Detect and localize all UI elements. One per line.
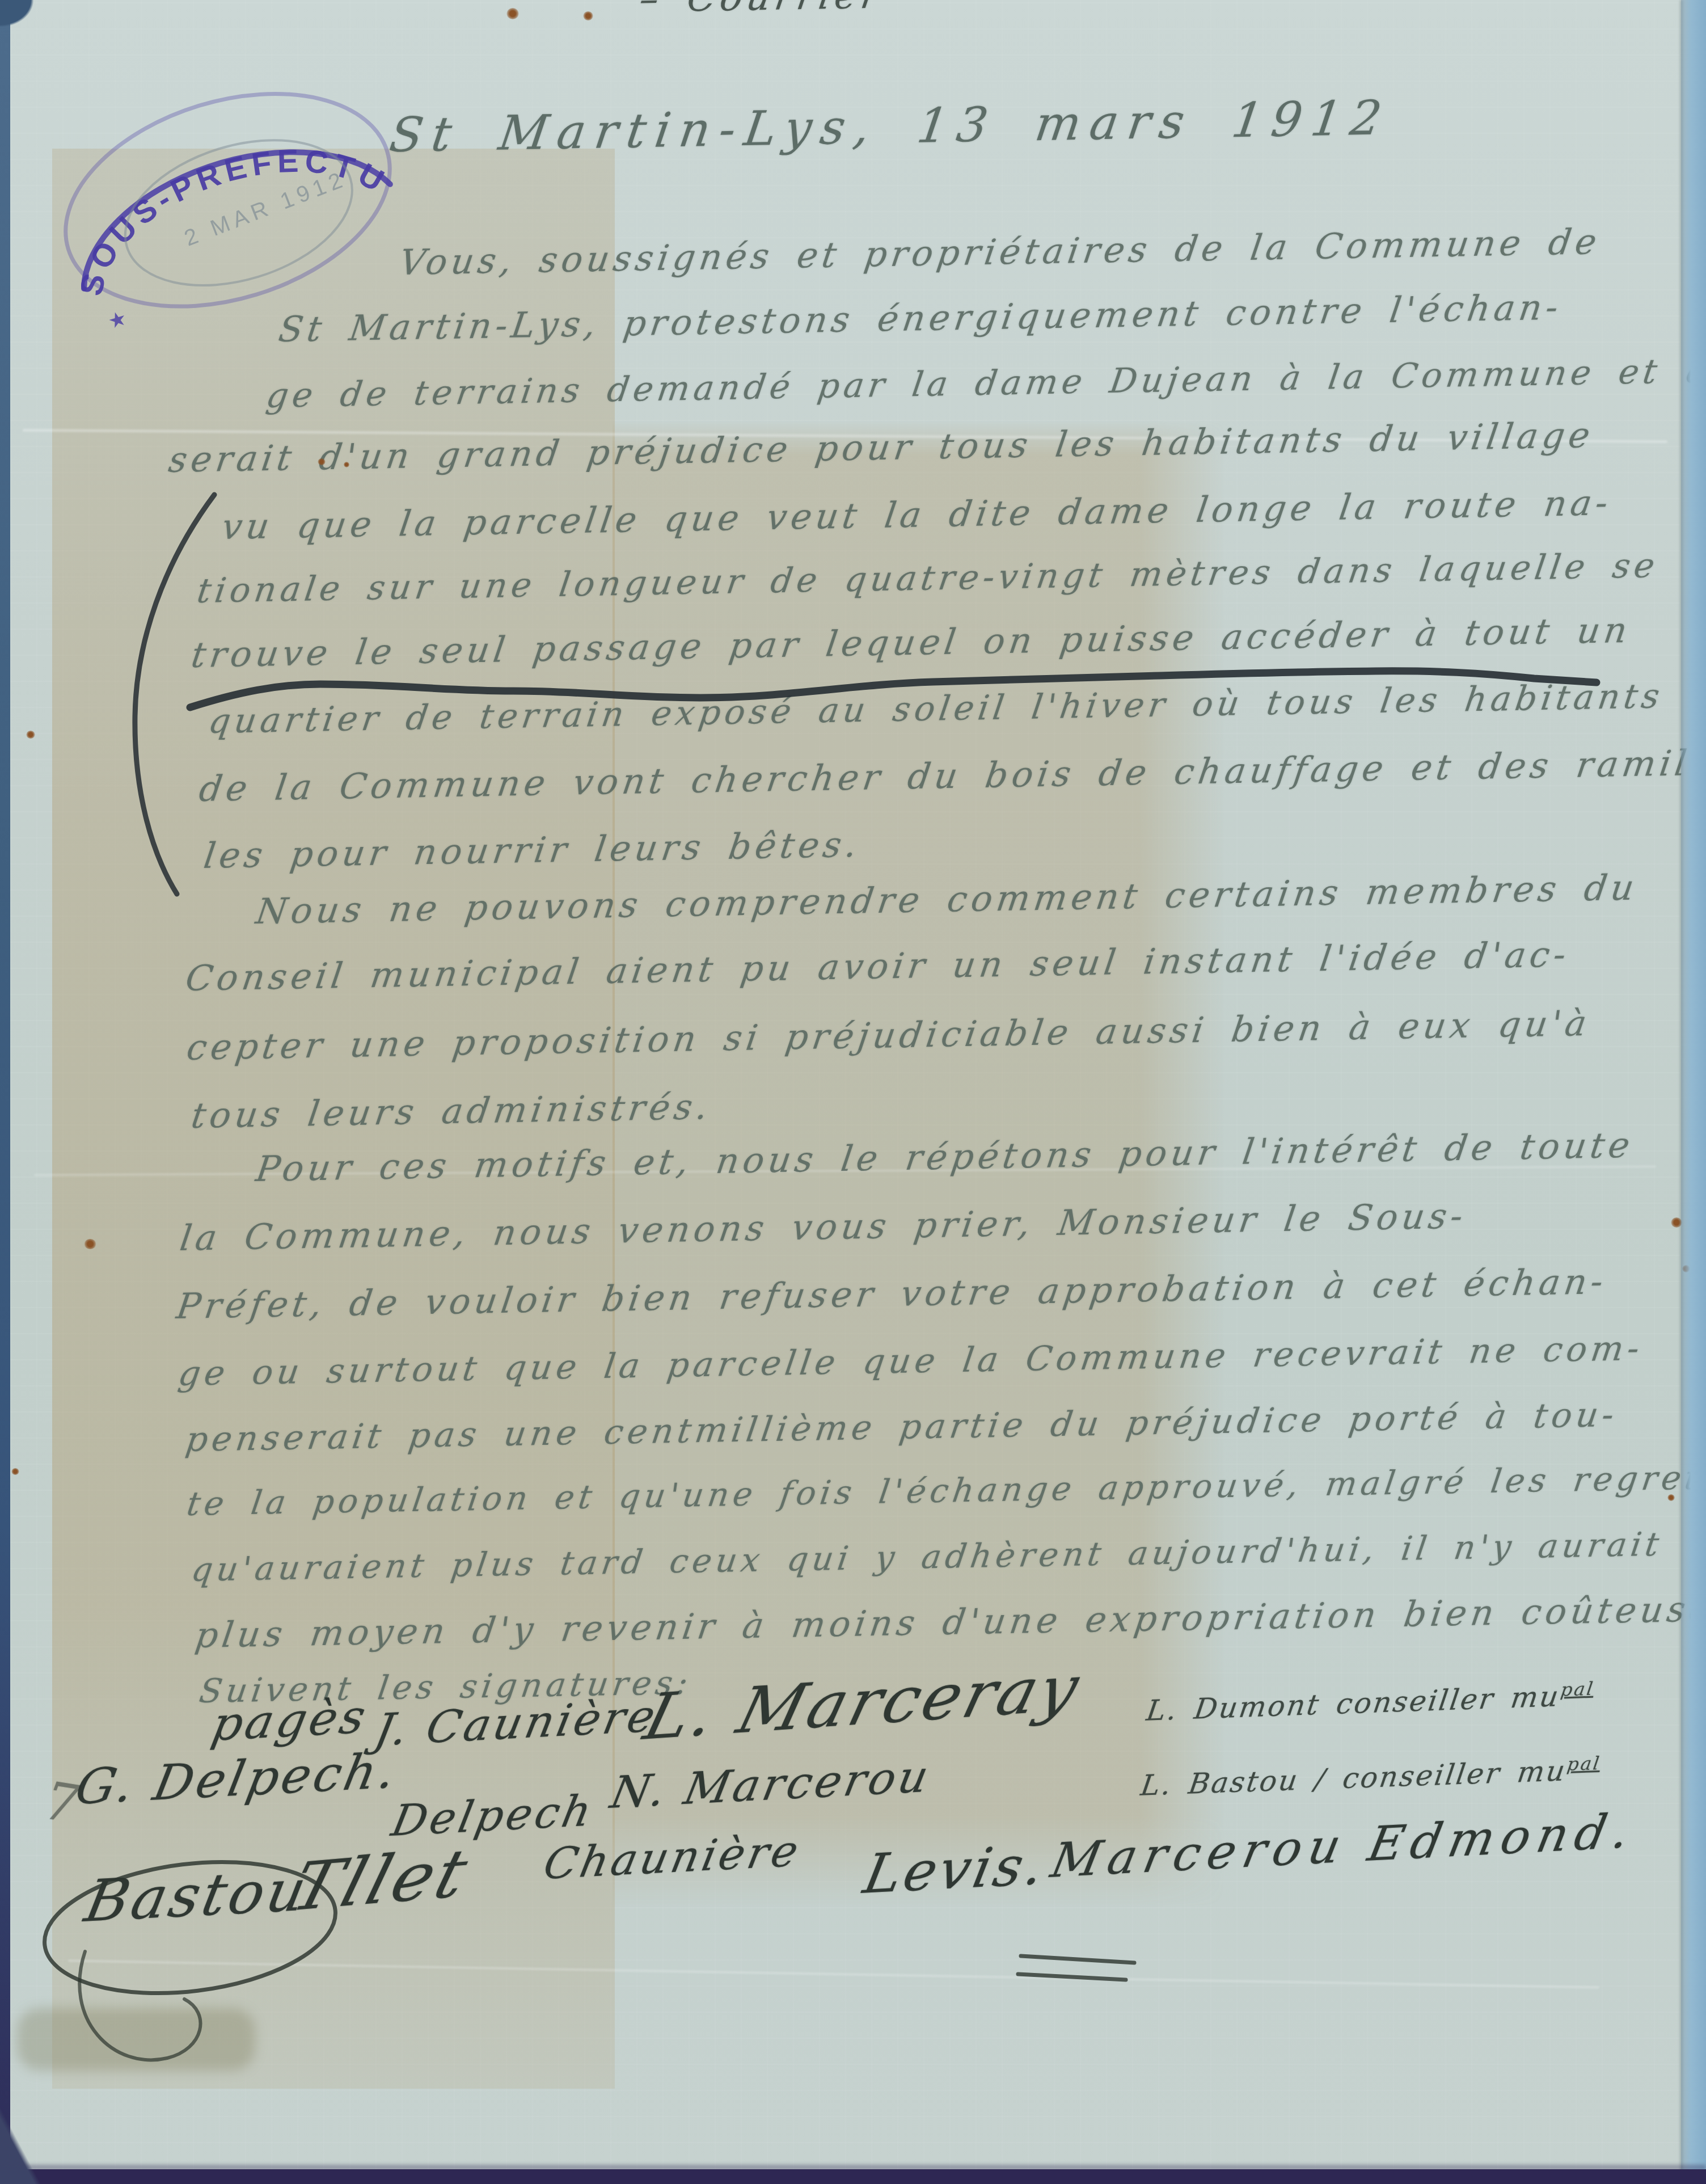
signature: Delpech [389, 1789, 598, 1843]
rust-spot [583, 11, 593, 20]
rust-spot [318, 458, 326, 465]
rust-spot [26, 731, 35, 739]
signature: Levis. [860, 1838, 1052, 1901]
rust-spot [84, 1239, 96, 1249]
letter-line: les pour nourrir leurs bêtes. [202, 827, 863, 874]
councillor-note-sup: pal [1566, 1752, 1602, 1775]
top-edge-fragment: – Courrier [637, 0, 885, 18]
rust-spot [506, 8, 519, 19]
signature: Bastou [81, 1862, 314, 1931]
signature: Chaunière [540, 1829, 805, 1886]
signature: Tllet [286, 1839, 477, 1920]
rust-spot [1667, 1494, 1675, 1501]
letter-line: tous leurs administrés. [189, 1089, 714, 1133]
councillor-note-sup: pal [1559, 1678, 1595, 1701]
rust-spot [1671, 1217, 1682, 1228]
rust-spot [11, 1468, 19, 1475]
signature: pagès [208, 1694, 372, 1748]
rust-spot [344, 462, 349, 467]
rust-spot [1682, 1265, 1690, 1272]
document-photo: – Courrier St Martin-Lys, 13 mars 1912 V… [0, 0, 1706, 2184]
